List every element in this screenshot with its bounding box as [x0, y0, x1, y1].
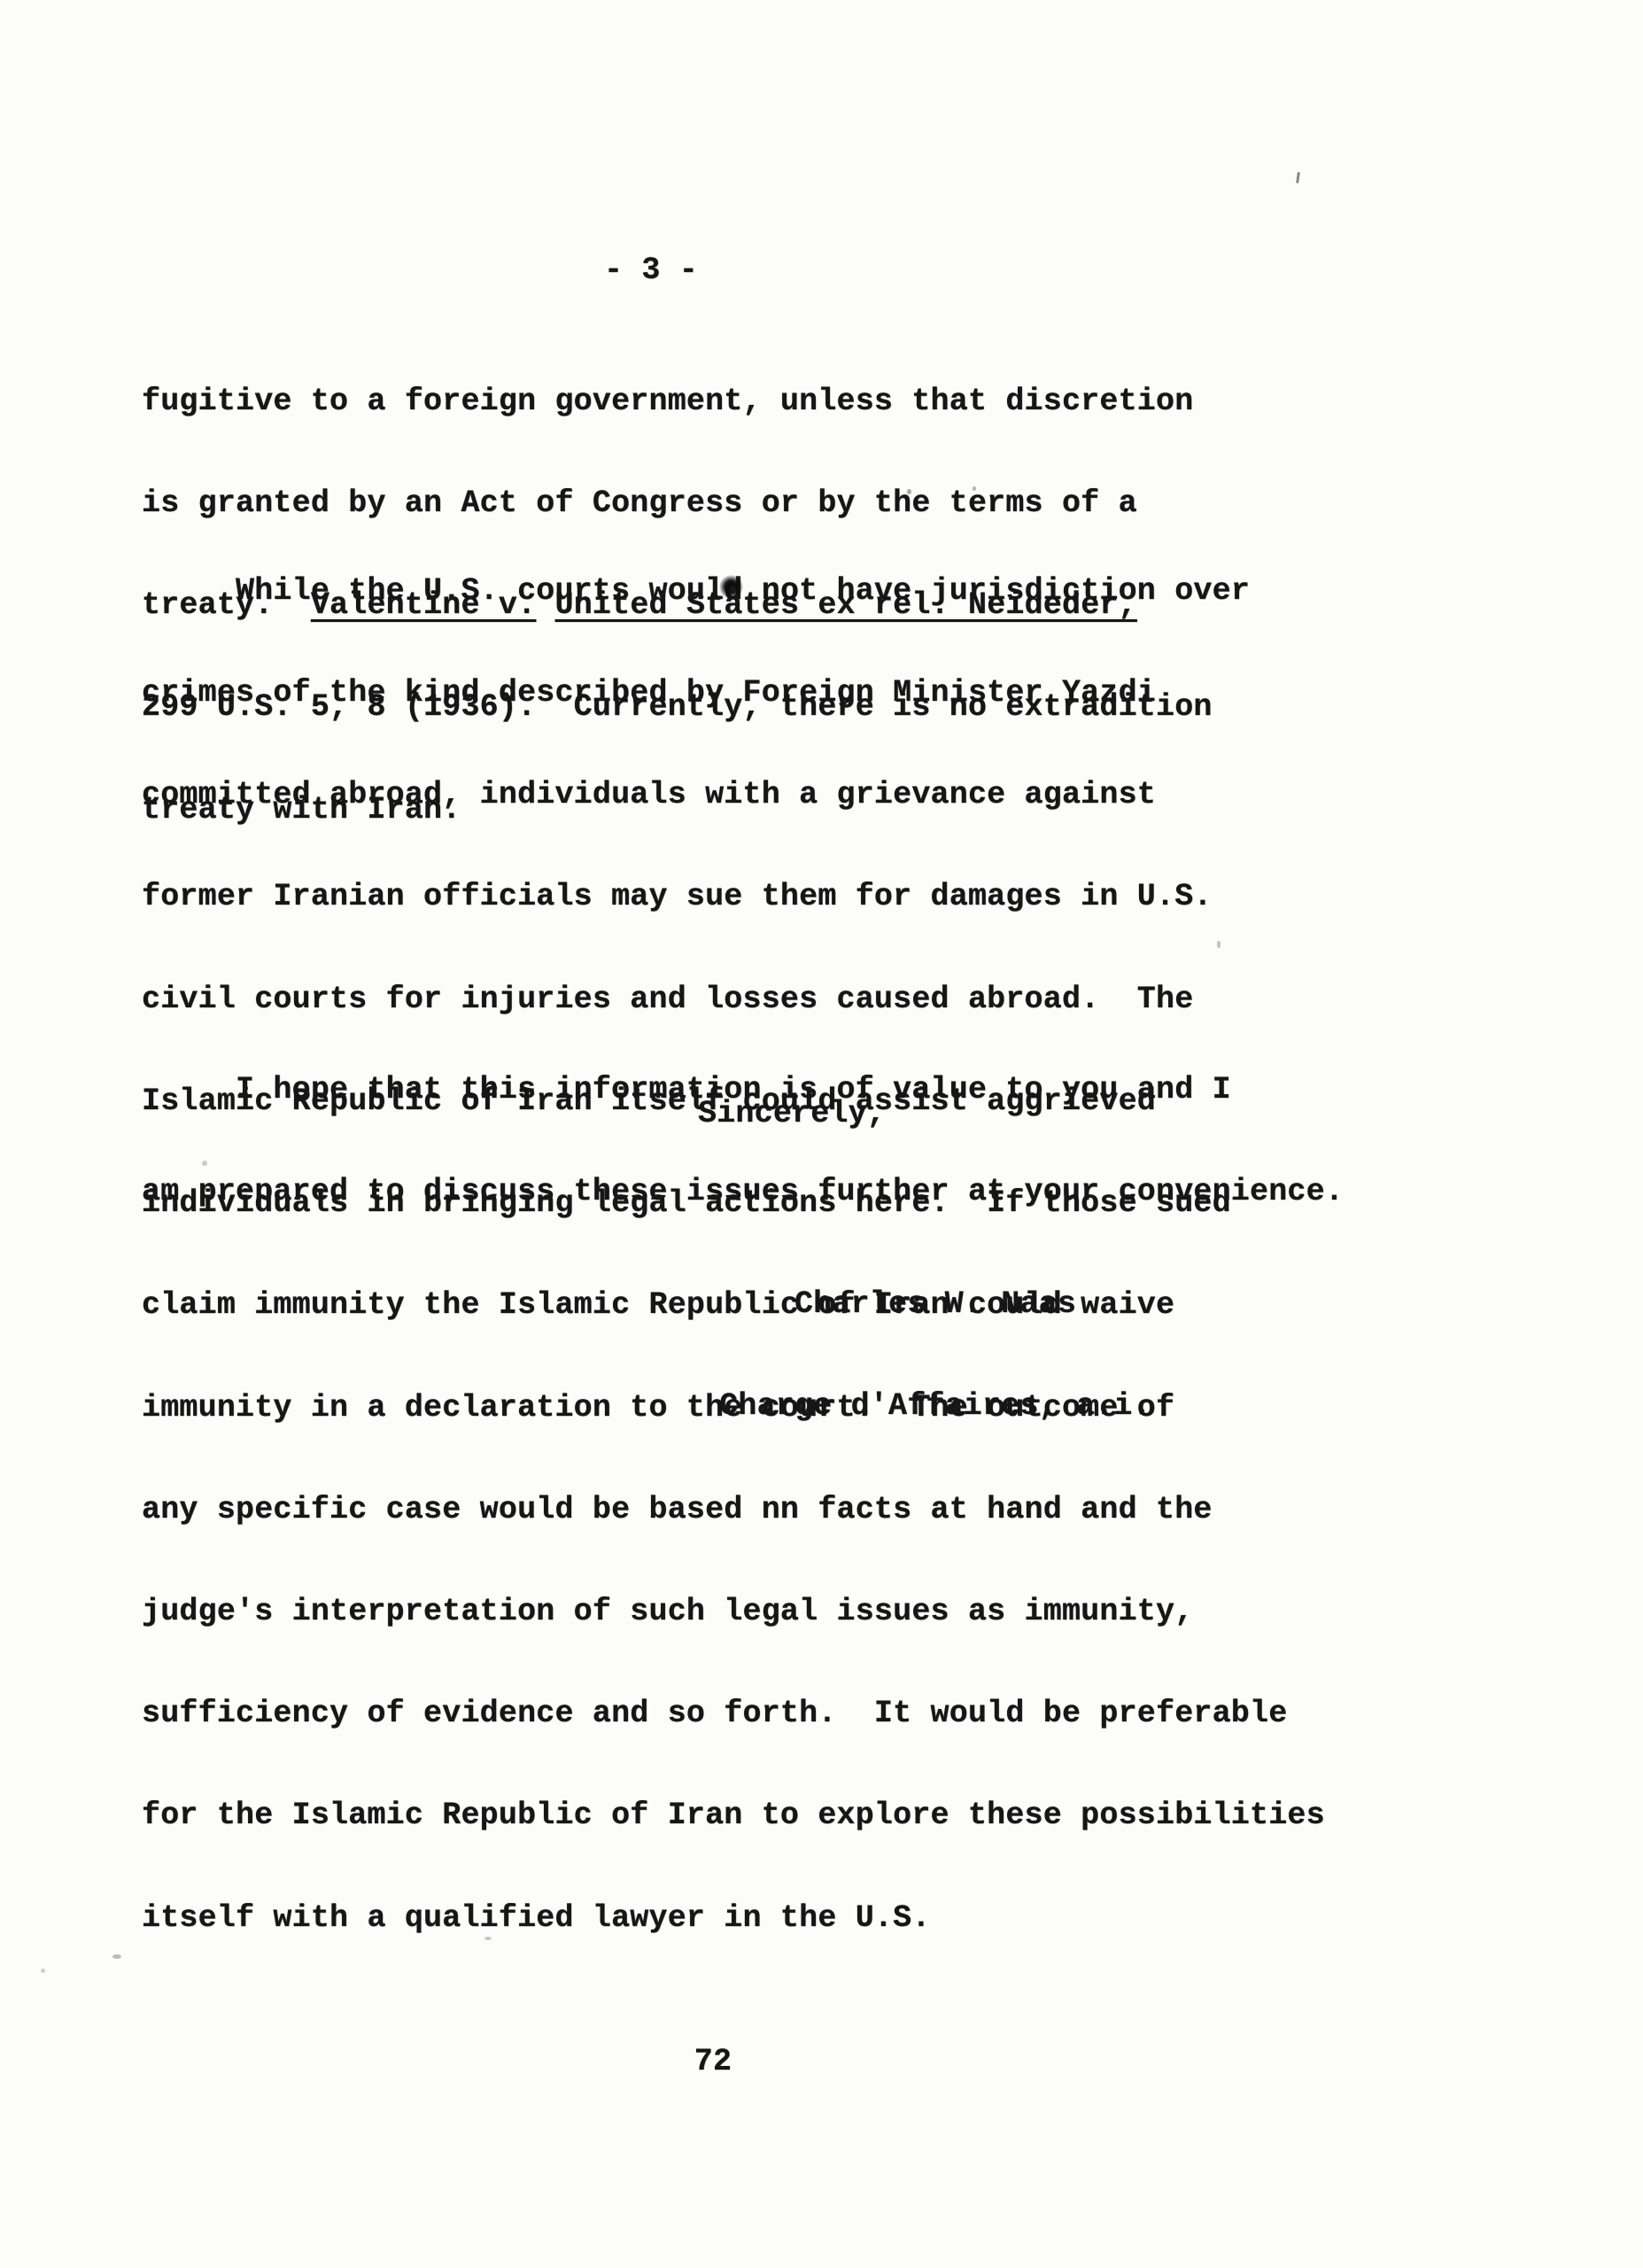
body-line: sufficiency of evidence and so forth. It…	[142, 1697, 1325, 1730]
body-line-with-smudge: While the U.S. courts would not have jur…	[142, 574, 1325, 608]
signature-title: Charge d'Affaires, a.i.	[717, 1389, 1153, 1423]
scan-speck	[1217, 941, 1221, 948]
scanned-letter-page: - 3 - fugitive to a foreign government, …	[0, 0, 1643, 2268]
body-line: any specific case would be based nn fact…	[142, 1493, 1325, 1526]
scan-speck	[202, 1161, 207, 1166]
body-line: former Iranian officials may sue them fo…	[142, 880, 1325, 913]
body-line: itself with a qualified lawyer in the U.…	[142, 1901, 1325, 1935]
scan-speck	[907, 489, 911, 494]
scan-speck	[41, 1969, 45, 1973]
signature-name: Charles W. Naas	[717, 1287, 1153, 1321]
page-number-top: - 3 -	[142, 253, 1160, 287]
line-segment: While the U.S. courts woul	[142, 573, 724, 609]
scan-speck	[973, 486, 976, 491]
scan-speck	[1296, 172, 1300, 183]
body-line: fugitive to a foreign government, unless…	[142, 384, 1213, 418]
signature-block: Charles W. Naas Charge d'Affaires, a.i.	[717, 1219, 1153, 1491]
scan-speck	[112, 1954, 121, 1959]
body-line: judge's interpretation of such legal iss…	[142, 1595, 1325, 1628]
scan-speck	[484, 1937, 492, 1940]
body-line: committed abroad, individuals with a gri…	[142, 778, 1325, 812]
page-number-bottom: 72	[142, 2045, 1284, 2078]
closing-salutation: Sincerely,	[698, 1097, 886, 1130]
body-line: crimes of the kind described by Foreign …	[142, 676, 1325, 710]
body-line: for the Islamic Republic of Iran to expl…	[142, 1798, 1325, 1832]
ink-smudge: d	[724, 574, 742, 608]
line-segment: not have jurisdiction over	[743, 573, 1251, 609]
body-line: am prepared to discuss these issues furt…	[142, 1175, 1344, 1208]
